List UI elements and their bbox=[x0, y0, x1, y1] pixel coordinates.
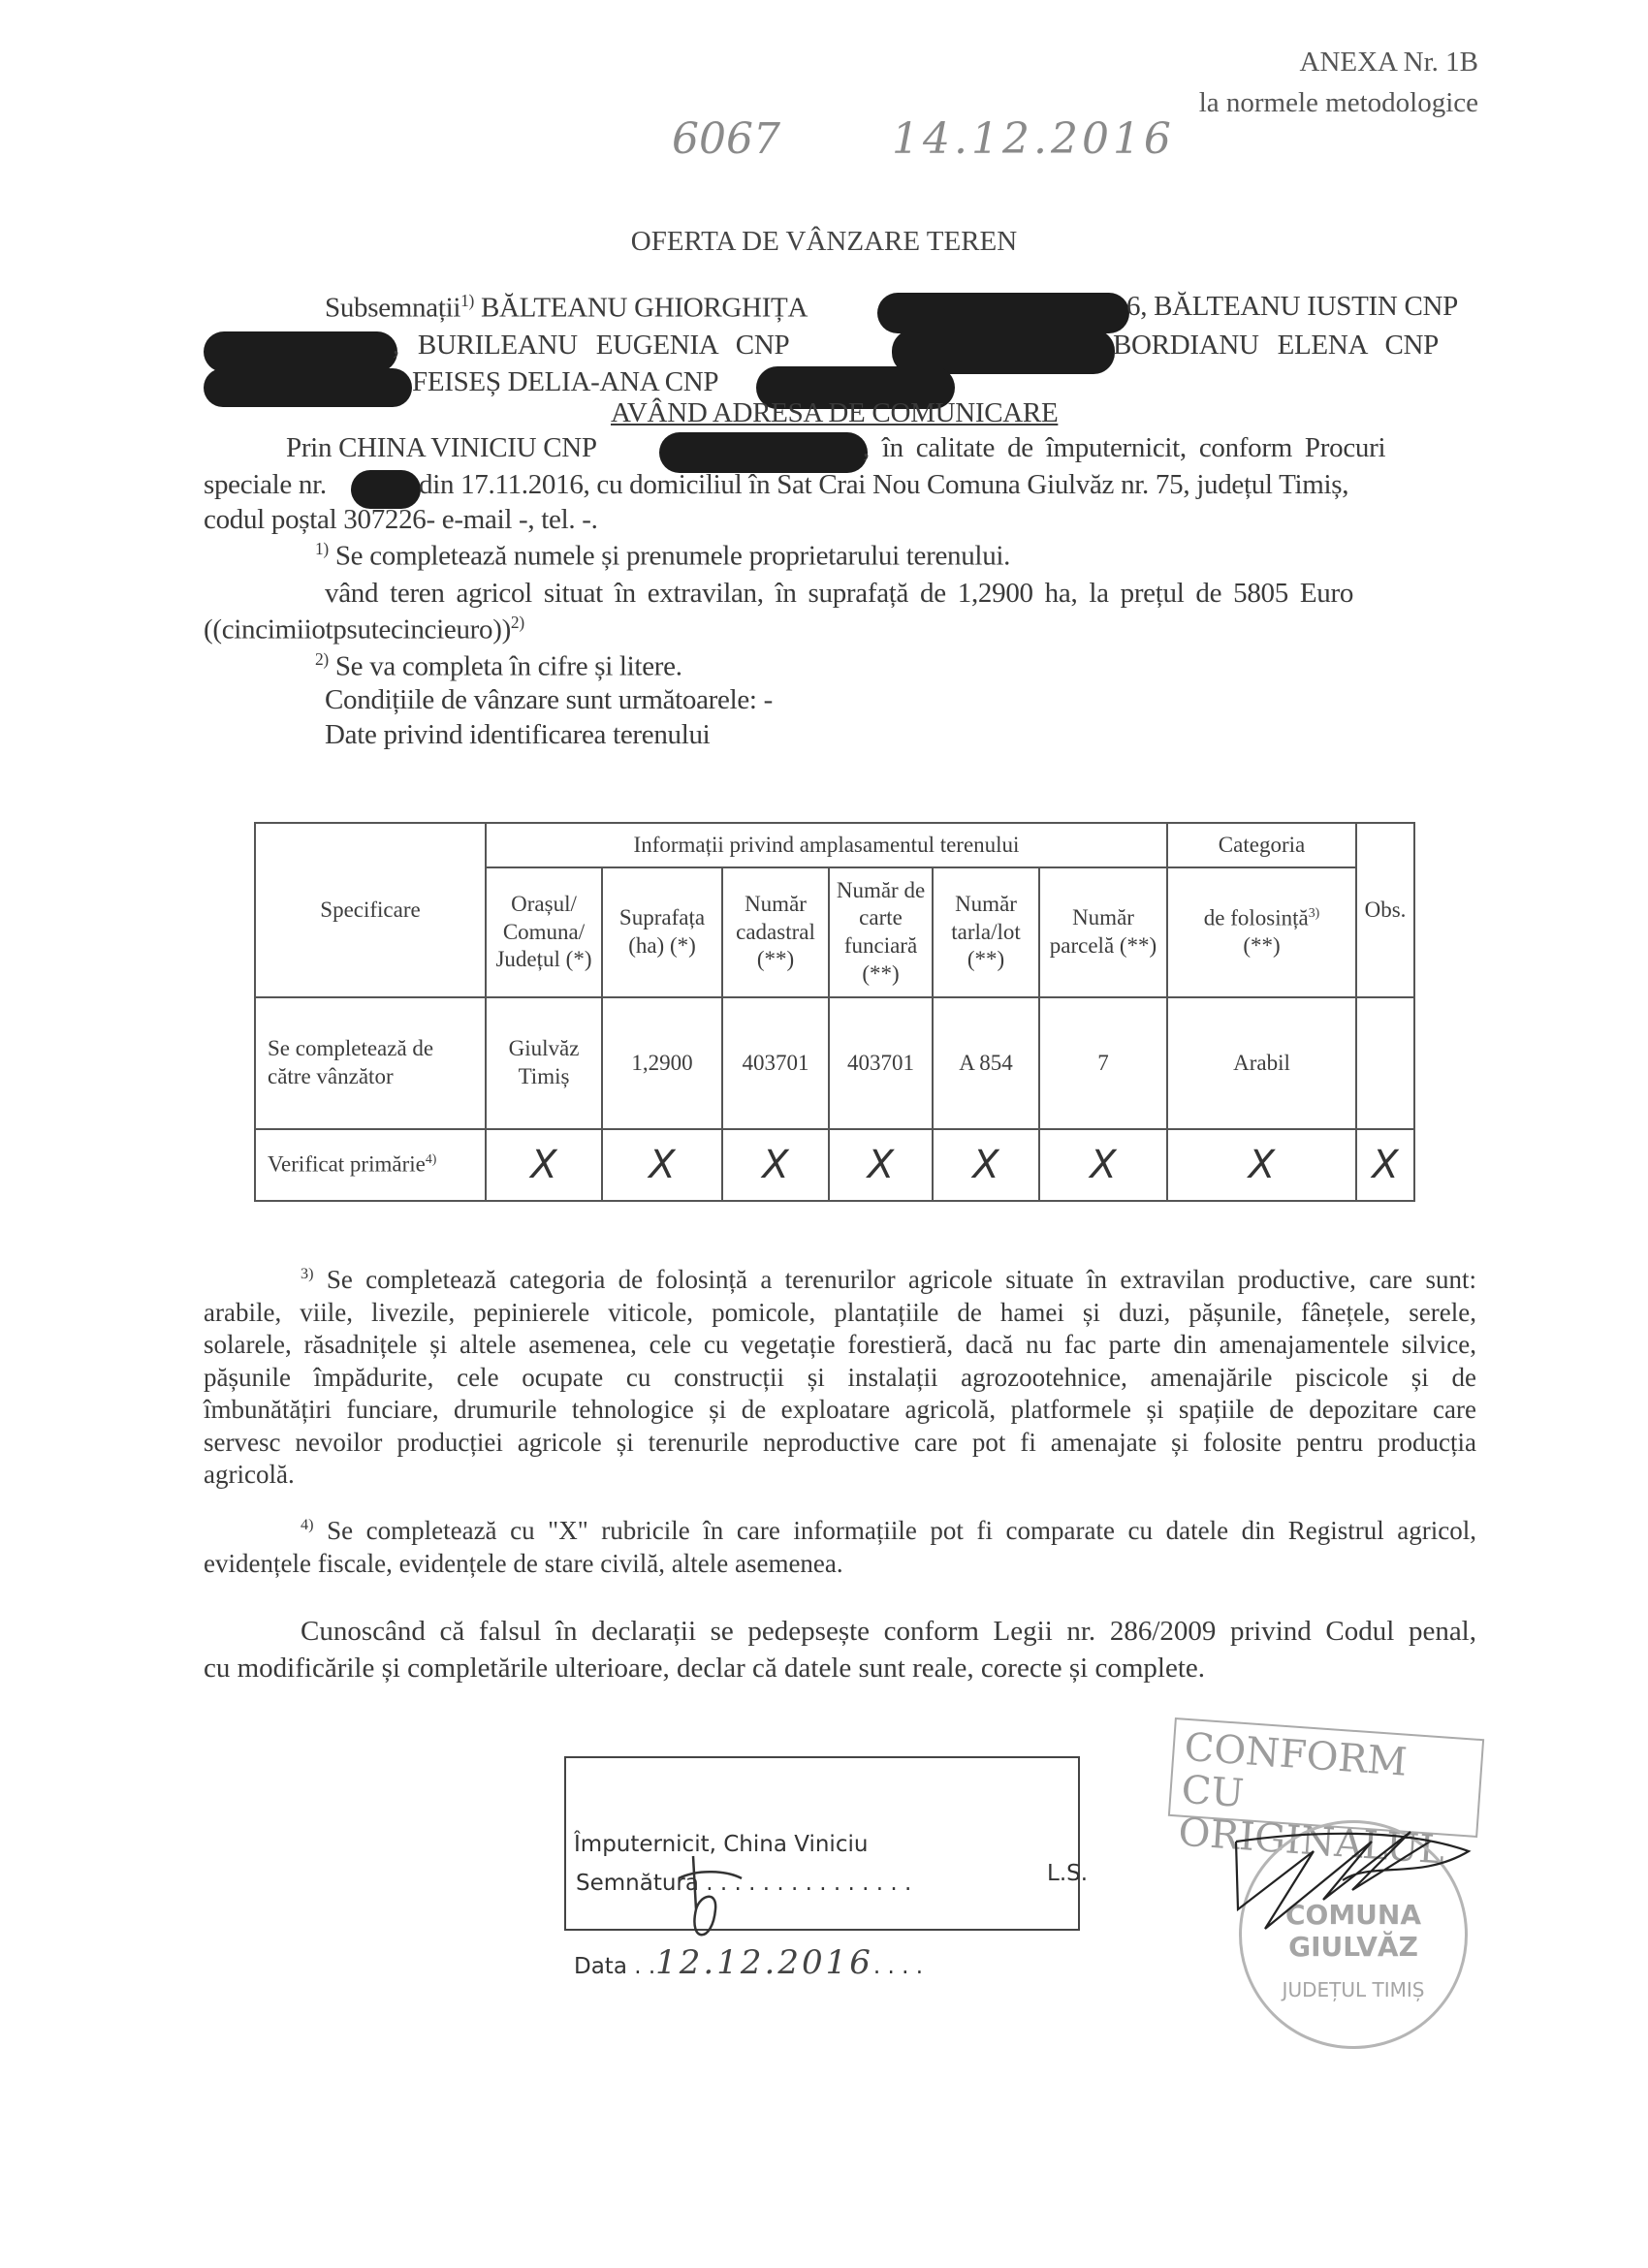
proxy-name: Prin CHINA VINICIU CNP bbox=[286, 432, 597, 463]
footnote-3-line: servesc nevoilor producției agricole și … bbox=[204, 1427, 1476, 1460]
proxy-line-2: speciale nr. bbox=[204, 469, 327, 501]
proxy-address: din 17.11.2016, cu domiciliul în Sat Cra… bbox=[419, 469, 1348, 501]
cell-plot: A 854 bbox=[933, 997, 1039, 1129]
handwritten-registration-number: 6067 bbox=[672, 114, 780, 164]
declaration-line: cu modificările și completările ulterioa… bbox=[204, 1650, 1476, 1686]
price-words: (cincimiiotpsutecincieuro) bbox=[212, 614, 501, 646]
seller-name-3: , BURILEANU EUGENIA CNP bbox=[393, 330, 789, 362]
footnote-3-line: agricolă. bbox=[204, 1459, 1476, 1492]
seller-name-1: BĂLTEANU GHIORGHIȚA bbox=[481, 293, 808, 324]
handwritten-registration-date: 14.12.2016 bbox=[892, 114, 1175, 164]
redacted-cnp bbox=[877, 293, 1129, 333]
sellers-prefix: Subsemnații bbox=[325, 293, 460, 324]
header-plot: Număr tarla/lot (**) bbox=[933, 867, 1039, 997]
footnote-4-text: Se completează cu "X" rubricile în care … bbox=[327, 1516, 1476, 1545]
seal-ring-text: JUDEȚUL TIMIȘ bbox=[1242, 1978, 1465, 2001]
check-mark-icon: X bbox=[1039, 1129, 1167, 1201]
check-mark-icon: X bbox=[933, 1129, 1039, 1201]
header-land-book: Număr de carte funciară (**) bbox=[829, 867, 933, 997]
check-mark-icon: X bbox=[722, 1129, 829, 1201]
seller-name-5: FEISEȘ DELIA-ANA CNP bbox=[412, 366, 718, 398]
check-mark-icon: X bbox=[1356, 1129, 1414, 1201]
table-row: Verificat primărie4) X X X X X X X X bbox=[255, 1129, 1414, 1201]
footnote-1-text: Se completează numele și prenumele propr… bbox=[335, 541, 1010, 572]
address-heading: AVÂND ADRESA DE COMUNICARE bbox=[611, 397, 1058, 429]
footnote-2: 2) Se va completa în cifre și litere. bbox=[315, 649, 682, 683]
date-value: 12.12.2016 bbox=[655, 1943, 873, 1982]
footnote-1-mark: 1) bbox=[315, 539, 329, 558]
date-trail: . . . . bbox=[873, 1954, 923, 1979]
footnote-3-line: solarele, răsadnițele și altele asemenea… bbox=[204, 1329, 1476, 1362]
use-category-stars: (**) bbox=[1243, 933, 1280, 958]
footnote-3-line: îmbunătățiri funciare, drumurile tehnolo… bbox=[204, 1394, 1476, 1427]
header-category-group: Categoria bbox=[1167, 823, 1356, 867]
redacted-cnp bbox=[204, 331, 397, 372]
footnote-3-mark: 3) bbox=[301, 1265, 313, 1282]
signature-scribble-icon bbox=[650, 1851, 766, 1948]
ls-label: L.S. bbox=[1047, 1861, 1088, 1886]
check-mark-icon: X bbox=[1167, 1129, 1356, 1201]
header-area: Suprafața (ha) (*) bbox=[602, 867, 722, 997]
footnote-2-mark: 2) bbox=[315, 649, 329, 669]
footnote-3-line: 3) Se completează categoria de folosință… bbox=[204, 1258, 1476, 1297]
date-label: Data . . bbox=[574, 1954, 655, 1979]
annex-subtitle: la normele metodologice bbox=[1199, 87, 1478, 119]
seller-name-2: 6, BĂLTEANU IUSTIN CNP bbox=[1126, 291, 1458, 323]
stamp-signature-scribble-icon bbox=[1226, 1822, 1478, 1948]
cell-city: Giulvăz Timiș bbox=[486, 997, 602, 1129]
conform-stamp: CONFORM CU ORIGINALUL bbox=[1168, 1717, 1484, 1838]
use-category-label: de folosință bbox=[1204, 906, 1309, 930]
proxy-line-3: codul poștal 307226- e-mail -, tel. -. bbox=[204, 504, 598, 536]
cell-parcel: 7 bbox=[1039, 997, 1167, 1129]
header-location-group: Informații privind amplasamentul terenul… bbox=[486, 823, 1167, 867]
sellers-line-1: Subsemnații1) BĂLTEANU GHIORGHIȚA bbox=[325, 291, 808, 325]
header-parcel: Număr parcelă (**) bbox=[1039, 867, 1167, 997]
redacted-number bbox=[351, 470, 421, 509]
footnote-1: 1) Se completează numele și prenumele pr… bbox=[315, 539, 1010, 573]
header-specificare: Specificare bbox=[255, 823, 486, 997]
check-mark-icon: X bbox=[829, 1129, 933, 1201]
footnote-3: 3) Se completează categoria de folosință… bbox=[204, 1258, 1476, 1492]
cell-obs bbox=[1356, 997, 1414, 1129]
header-obs: Obs. bbox=[1356, 823, 1414, 997]
row-label-verified: Verificat primărie4) bbox=[255, 1129, 486, 1201]
date-field[interactable]: Data . .12.12.2016. . . . bbox=[574, 1943, 923, 1982]
land-identification-heading: Date privind identificarea terenului bbox=[325, 719, 710, 751]
redacted-cnp bbox=[659, 432, 868, 473]
footnote-4-line: 4) Se completează cu "X" rubricile în ca… bbox=[204, 1508, 1476, 1547]
check-mark-icon: X bbox=[486, 1129, 602, 1201]
redacted-cnp bbox=[204, 368, 412, 407]
proxy-capacity: , în calitate de împuternicit, conform P… bbox=[863, 432, 1385, 464]
footnote-4: 4) Se completează cu "X" rubricile în ca… bbox=[204, 1508, 1476, 1580]
header-cadastral: Număr cadastral (**) bbox=[722, 867, 829, 997]
footnote-ref-4: 4) bbox=[426, 1151, 437, 1166]
footnote-3-line: arabile, viile, livezile, pepinierele vi… bbox=[204, 1297, 1476, 1330]
sale-conditions: Condițiile de vânzare sunt următoarele: … bbox=[325, 684, 773, 716]
cell-land-book: 403701 bbox=[829, 997, 933, 1129]
row-label-seller: Se completează de către vânzător bbox=[255, 997, 486, 1129]
land-identification-table: Specificare Informații privind amplasame… bbox=[254, 822, 1415, 1202]
header-use-category: de folosință3) (**) bbox=[1167, 867, 1356, 997]
declaration: Cunoscând că falsul în declarații se ped… bbox=[204, 1613, 1476, 1686]
seller-name-4: BORDIANU ELENA CNP bbox=[1113, 330, 1439, 362]
footnote-ref-2: 2) bbox=[511, 613, 524, 632]
sale-statement: vând teren agricol situat în extravilan,… bbox=[325, 578, 1353, 610]
cell-use-category: Arabil bbox=[1167, 997, 1356, 1129]
footnote-4-line: evidențele fiscale, evidențele de stare … bbox=[204, 1547, 1476, 1580]
footnote-3-text: Se completează categoria de folosință a … bbox=[327, 1265, 1476, 1294]
cell-cadastral: 403701 bbox=[722, 997, 829, 1129]
verified-label: Verificat primărie bbox=[268, 1152, 426, 1177]
declaration-line: Cunoscând că falsul în declarații se ped… bbox=[204, 1613, 1476, 1650]
check-mark-icon: X bbox=[602, 1129, 722, 1201]
table-row: Se completează de către vânzător Giulvăz… bbox=[255, 997, 1414, 1129]
annex-label: ANEXA Nr. 1B bbox=[1300, 47, 1478, 79]
page-title: OFERTA DE VÂNZARE TEREN bbox=[0, 226, 1648, 258]
footnote-ref-3: 3) bbox=[1309, 905, 1320, 920]
footnote-3-line: pășunile împădurite, cele ocupate cu con… bbox=[204, 1362, 1476, 1395]
cell-area: 1,2900 bbox=[602, 997, 722, 1129]
footnote-2-text: Se va completa în cifre și litere. bbox=[335, 651, 682, 682]
sale-price-words: ((cincimiiotpsutecincieuro))2) bbox=[204, 613, 524, 646]
header-city: Orașul/ Comuna/ Județul (*) bbox=[486, 867, 602, 997]
footnote-ref-1: 1) bbox=[460, 291, 474, 310]
footnote-4-mark: 4) bbox=[301, 1516, 313, 1533]
